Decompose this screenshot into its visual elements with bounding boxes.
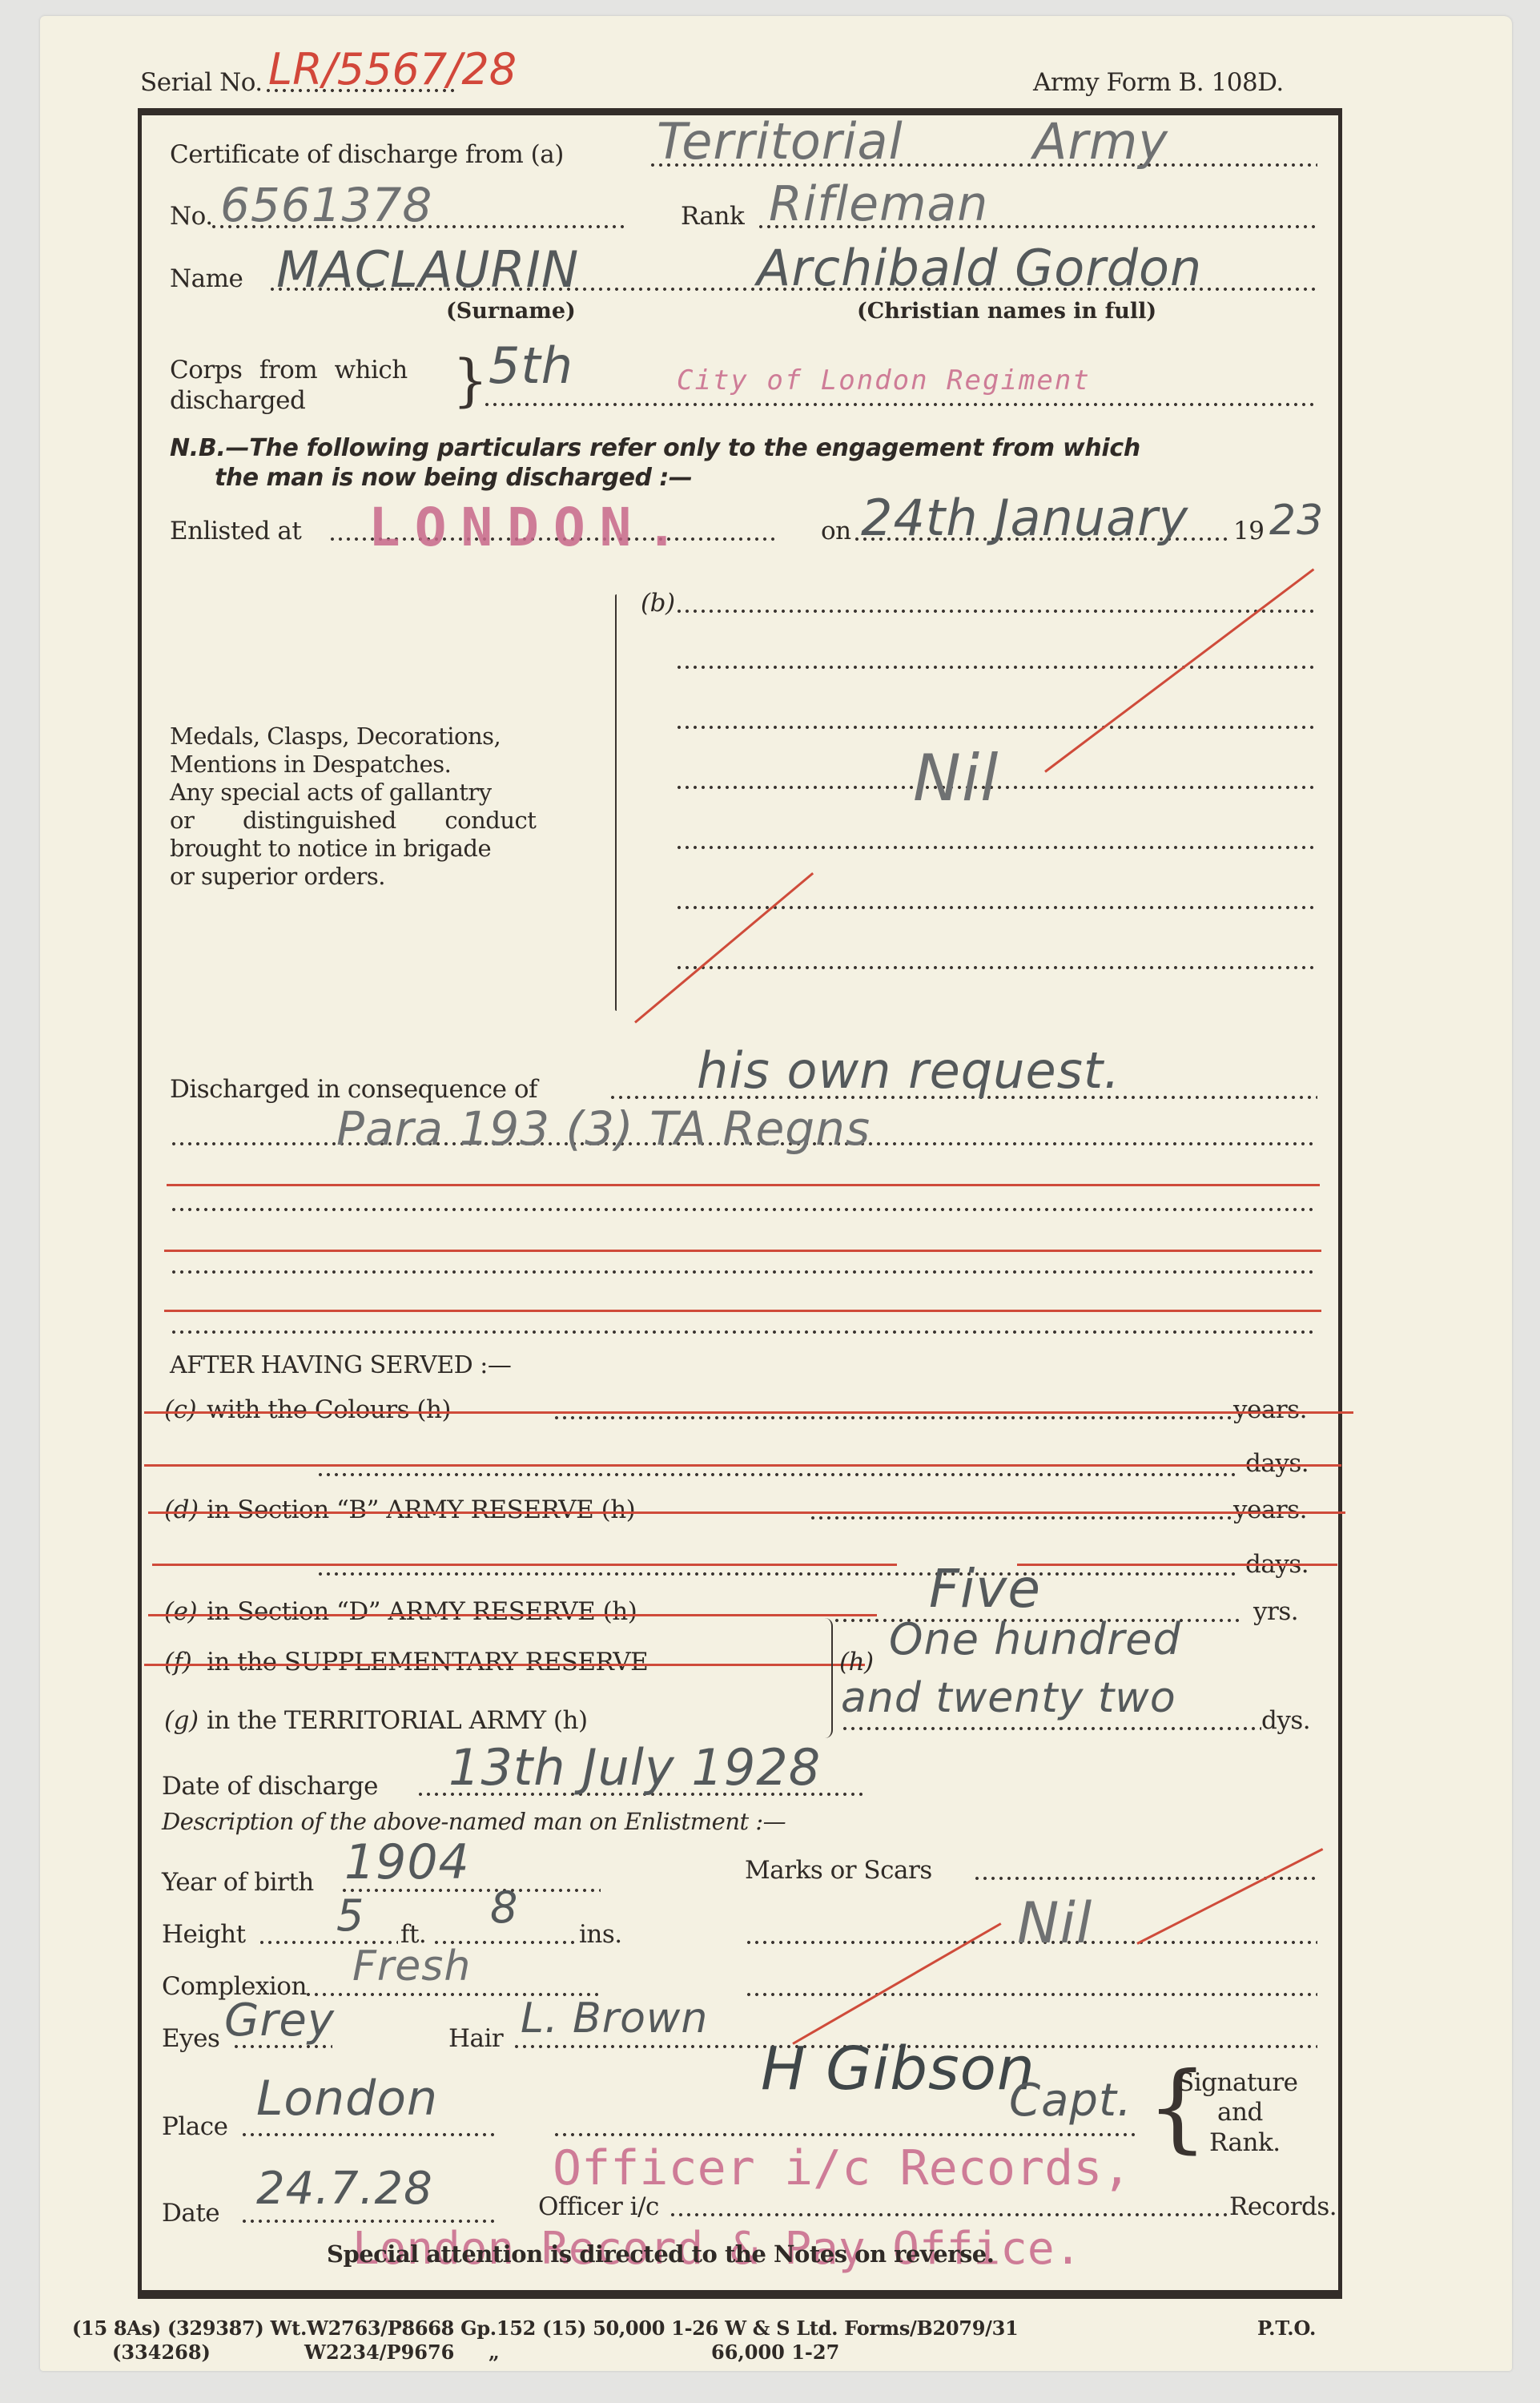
service-row-c-strike bbox=[144, 1411, 1353, 1414]
medals-dotted-line-1 bbox=[675, 609, 1316, 614]
signature-value: H Gibson bbox=[761, 2035, 1035, 2103]
discharged-value-2: Para 193 (3) TA Regns bbox=[336, 1101, 871, 1156]
service-row-c-unit: years. bbox=[1233, 1398, 1307, 1423]
service-row-c-text: with the Colours (h) bbox=[207, 1398, 451, 1423]
surname-caption: (Surname) bbox=[446, 300, 576, 322]
signature-dotted bbox=[553, 2132, 1137, 2137]
medals-brace bbox=[615, 594, 617, 1011]
service-row-e-letter: (e) bbox=[164, 1600, 197, 1624]
corps-label-2: discharged bbox=[170, 388, 305, 413]
service-row-d-text: in Section “B” ARMY RESERVE (h) bbox=[207, 1498, 635, 1523]
discharged-dotted-line-4 bbox=[170, 1270, 1317, 1274]
service-row-c-dotted bbox=[553, 1415, 1233, 1420]
medals-line-5: brought to notice in brigade bbox=[170, 837, 491, 860]
surname-value: MACLAURIN bbox=[276, 240, 579, 299]
place-value: London bbox=[256, 2071, 438, 2127]
date-value: 24.7.28 bbox=[256, 2163, 433, 2215]
service-days-value-1: One hundred bbox=[889, 1614, 1181, 1664]
certificate-value-2: Army bbox=[1033, 112, 1168, 171]
signature-caption-3: Rank. bbox=[1209, 2131, 1281, 2155]
service-row-c-days-dotted bbox=[316, 1472, 1237, 1477]
medals-dotted-line-2 bbox=[675, 665, 1316, 670]
service-row-d-days-strike-2 bbox=[1017, 1564, 1337, 1566]
medals-line-3: Any special acts of gallantry bbox=[170, 781, 492, 804]
service-row-f-strike bbox=[144, 1664, 865, 1666]
service-row-d-letter: (d) bbox=[164, 1498, 199, 1523]
eyes-value: Grey bbox=[224, 1994, 335, 2047]
footer-line-2a: (334268) bbox=[112, 2343, 211, 2362]
number-label: No. bbox=[170, 204, 213, 229]
medals-b-label: (b) bbox=[641, 591, 675, 616]
signature-caption-2: and bbox=[1217, 2100, 1263, 2125]
corps-brace: } bbox=[452, 352, 489, 409]
enlisted-year: 23 bbox=[1269, 497, 1324, 545]
hair-value: L. Brown bbox=[521, 1994, 708, 2043]
marks-value: Nil bbox=[1017, 1890, 1092, 1956]
service-row-d-strike bbox=[148, 1511, 1345, 1514]
signature-caption-1: Signature bbox=[1177, 2071, 1298, 2095]
service-row-c-letter: (c) bbox=[164, 1398, 196, 1423]
place-label: Place bbox=[162, 2115, 227, 2139]
officer-label: Officer i/c bbox=[538, 2195, 659, 2220]
height-ft-value: 5 bbox=[336, 1890, 364, 1941]
service-row-d-dotted bbox=[809, 1515, 1233, 1520]
serial-number: LR/5567/28 bbox=[268, 44, 517, 95]
corps-dotted-line bbox=[483, 402, 1317, 407]
medals-line-1: Medals, Clasps, Decorations, bbox=[170, 725, 501, 748]
service-row-e-unit: yrs. bbox=[1253, 1600, 1298, 1624]
complexion-value: Fresh bbox=[352, 1942, 471, 1990]
height-label: Height bbox=[162, 1922, 246, 1947]
rank-value: Rifleman bbox=[769, 176, 988, 232]
service-row-f-text: in the SUPPLEMENTARY RESERVE bbox=[207, 1650, 648, 1675]
service-row-e-text: in Section “D” ARMY RESERVE (h) bbox=[207, 1600, 637, 1624]
service-row-g-dotted bbox=[841, 1726, 1261, 1731]
footer-line-1: (15 8As) (329387) Wt.W2763/P8668 Gp.152 … bbox=[72, 2319, 1018, 2338]
discharged-cancel-line-3 bbox=[164, 1310, 1321, 1312]
discharge-date-label: Date of discharge bbox=[162, 1774, 378, 1799]
service-row-d-days-dotted bbox=[316, 1572, 1237, 1576]
enlisted-place-stamp: LONDON. bbox=[368, 497, 692, 558]
officer-dotted bbox=[669, 2212, 1229, 2217]
ins-label: ins. bbox=[579, 1922, 622, 1947]
reverse-notice: Special attention is directed to the Not… bbox=[327, 2243, 994, 2266]
hair-label: Hair bbox=[448, 2027, 503, 2051]
service-days-value-2: and twenty two bbox=[841, 1674, 1176, 1722]
marks-label: Marks or Scars bbox=[745, 1858, 932, 1883]
medals-line-6: or superior orders. bbox=[170, 865, 385, 888]
certificate-value-1: Territorial bbox=[657, 112, 903, 171]
eyes-label: Eyes bbox=[162, 2027, 219, 2051]
name-label: Name bbox=[170, 267, 243, 292]
footer-line-2d: 66,000 1-27 bbox=[711, 2343, 839, 2362]
enlisted-date: 24th January bbox=[861, 489, 1188, 547]
nb-line-1: N.B.—The following particulars refer onl… bbox=[170, 437, 1140, 461]
service-row-e-strike bbox=[148, 1614, 877, 1616]
service-row-d-days-strike bbox=[152, 1564, 897, 1566]
marks-dotted-3 bbox=[745, 1992, 1317, 1997]
discharged-label: Discharged in consequence of bbox=[170, 1077, 537, 1102]
service-row-c-days-strike bbox=[144, 1464, 1341, 1467]
discharged-dotted-line-3 bbox=[170, 1207, 1317, 1212]
medals-dotted-line-3 bbox=[675, 725, 1316, 730]
enlisted-label: Enlisted at bbox=[170, 519, 301, 544]
corps-value-stamp: City of London Regiment bbox=[677, 364, 1091, 396]
medals-dotted-line-7 bbox=[675, 965, 1316, 970]
medals-value: Nil bbox=[913, 741, 999, 815]
service-row-f-letter: (f) bbox=[164, 1650, 191, 1675]
service-years-value: Five bbox=[929, 1558, 1041, 1620]
christian-names-value: Archibald Gordon bbox=[757, 239, 1202, 297]
date-label: Date bbox=[162, 2201, 219, 2226]
hair-dotted bbox=[513, 2044, 745, 2049]
form-id: Army Form B. 108D. bbox=[1033, 70, 1284, 95]
discharged-value-1: his own request. bbox=[697, 1041, 1120, 1100]
footer-pto: P.T.O. bbox=[1257, 2319, 1316, 2338]
service-h-label: (h) bbox=[839, 1650, 874, 1675]
discharged-cancel-line-2 bbox=[164, 1250, 1321, 1252]
service-heading: AFTER HAVING SERVED :— bbox=[170, 1354, 511, 1378]
corps-label-1: Corps from which bbox=[170, 358, 408, 383]
year-of-birth-label: Year of birth bbox=[162, 1870, 314, 1895]
description-heading: Description of the above-named man on En… bbox=[162, 1810, 786, 1833]
service-row-d-unit: years. bbox=[1233, 1498, 1307, 1523]
corps-value-hand: 5th bbox=[489, 336, 573, 395]
service-row-g-text: in the TERRITORIAL ARMY (h) bbox=[207, 1709, 588, 1733]
christian-names-caption: (Christian names in full) bbox=[857, 300, 1156, 322]
service-row-g-unit: dys. bbox=[1261, 1709, 1310, 1733]
enlisted-on-label: on bbox=[821, 519, 851, 544]
discharged-dotted-line-5 bbox=[170, 1330, 1317, 1334]
enlisted-year-prefix: 19 bbox=[1233, 519, 1264, 544]
rank-label: Rank bbox=[681, 204, 744, 229]
height-in-value: 8 bbox=[490, 1882, 518, 1933]
medals-line-4: or distinguished conduct bbox=[170, 809, 536, 832]
records-label: Records. bbox=[1229, 2195, 1337, 2220]
medals-line-2: Mentions in Despatches. bbox=[170, 753, 451, 776]
place-dotted bbox=[240, 2132, 497, 2137]
year-of-birth-value: 1904 bbox=[344, 1834, 470, 1890]
records-office-stamp-line-1: Officer i/c Records, bbox=[553, 2140, 1131, 2196]
medals-dotted-line-5 bbox=[675, 845, 1316, 850]
signature-rank: Capt. bbox=[1009, 2075, 1132, 2127]
service-brace bbox=[825, 1618, 833, 1738]
footer-line-2c: „ bbox=[489, 2343, 500, 2362]
footer-line-2b: W2234/P9676 bbox=[304, 2343, 454, 2362]
number-value: 6561378 bbox=[220, 178, 432, 232]
certificate-label: Certificate of discharge from (a) bbox=[170, 143, 564, 167]
service-row-g-letter: (g) bbox=[164, 1709, 199, 1733]
discharge-date-value: 13th July 1928 bbox=[448, 1738, 821, 1797]
discharged-cancel-line-1 bbox=[167, 1184, 1320, 1186]
serial-label: Serial No. bbox=[140, 70, 263, 95]
nb-line-2: the man is now being discharged :— bbox=[215, 466, 692, 490]
